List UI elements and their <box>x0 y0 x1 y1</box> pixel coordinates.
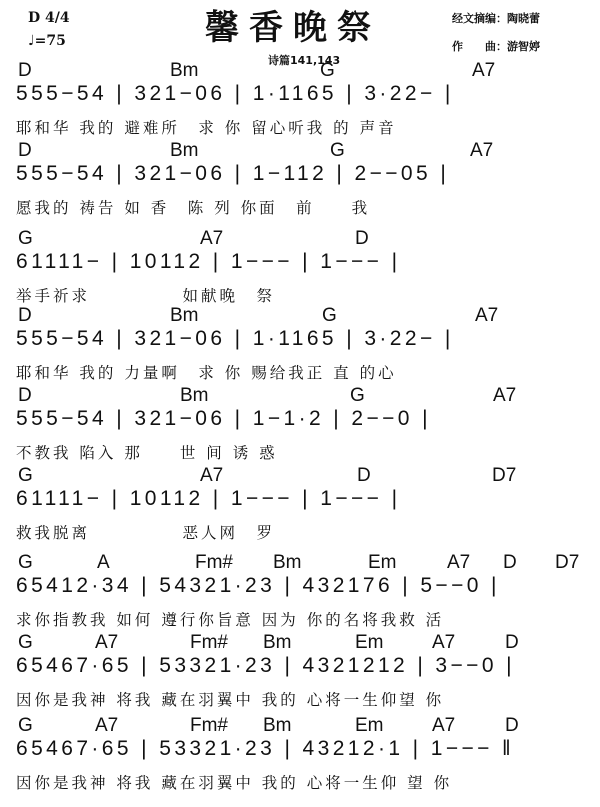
lyric-line: 不教我 陷入 那 世 间 诱 惑 <box>16 441 278 463</box>
chord-symbol: A7 <box>475 305 498 327</box>
notation-line: 65412·34 | 54321·23 | 432176 | 5−−0 | <box>16 574 500 598</box>
notation-line: 555−54 | 321−06 | 1·1165 | 3·22− | <box>16 82 454 106</box>
chord-symbol: D <box>18 140 32 162</box>
chord-symbol: Bm <box>180 385 209 407</box>
chord-symbol: Em <box>355 715 384 737</box>
chord-symbol: D <box>18 385 32 407</box>
chord-symbol: A <box>97 552 110 574</box>
score-row: DBmGA7555−54 | 321−06 | 1·1165 | 3·22− |… <box>0 305 600 385</box>
chord-symbol: A7 <box>447 552 470 574</box>
chord-symbol: A7 <box>200 465 223 487</box>
chord-symbol: D <box>505 715 519 737</box>
chord-symbol: A7 <box>472 60 495 82</box>
chord-symbol: Fm# <box>190 632 228 654</box>
chord-symbol: D <box>357 465 371 487</box>
lyric-line: 求你指教我 如何 遵行你旨意 因为 你的名将我救 活 <box>16 608 444 630</box>
chord-symbol: D7 <box>492 465 516 487</box>
chord-symbol: G <box>322 305 337 327</box>
score-row: GA7Fm#BmEmA7D65467·65 | 53321·23 | 43212… <box>0 632 600 712</box>
chord-symbol: Bm <box>263 632 292 654</box>
chord-symbol: A7 <box>200 228 223 250</box>
chord-symbol: A7 <box>470 140 493 162</box>
composer-credit: 作 曲：游智婷 <box>452 38 540 54</box>
score-row: DBmGA7555−54 | 321−06 | 1−112 | 2−−05 |愿… <box>0 140 600 220</box>
notation-line: 65467·65 | 53321·23 | 43212·1 | 1−−− ‖ <box>16 737 514 761</box>
chord-symbol: G <box>330 140 345 162</box>
chord-symbol: Bm <box>170 60 199 82</box>
chord-symbol: A7 <box>493 385 516 407</box>
chord-symbol: Fm# <box>195 552 233 574</box>
chord-symbol: A7 <box>432 632 455 654</box>
score-row: GA7Fm#BmEmA7D65467·65 | 53321·23 | 43212… <box>0 715 600 795</box>
notation-line: 61111− | 10112 | 1−−− | 1−−− | <box>16 250 400 274</box>
chord-symbol: Em <box>355 632 384 654</box>
notation-line: 555−54 | 321−06 | 1−1·2 | 2−−0 | <box>16 407 431 431</box>
lyric-line: 救我脱离 恶人网 罗 <box>16 521 275 543</box>
song-title: 馨香晚祭 <box>205 0 381 49</box>
chord-symbol: Fm# <box>190 715 228 737</box>
chord-symbol: D <box>18 305 32 327</box>
key-signature: D 4/4 <box>28 10 70 26</box>
chord-symbol: D <box>503 552 517 574</box>
chord-symbol: D <box>18 60 32 82</box>
lyric-line: 耶和华 我的 力量啊 求 你 赐给我正 直 的心 <box>16 361 397 383</box>
chord-symbol: G <box>350 385 365 407</box>
lyric-line: 因你是我神 将我 藏在羽翼中 我的 心将一生仰望 你 <box>16 688 444 710</box>
chord-symbol: G <box>18 228 33 250</box>
chord-symbol: G <box>18 552 33 574</box>
score-row: DBmGA7555−54 | 321−06 | 1·1165 | 3·22− |… <box>0 60 600 140</box>
chord-symbol: Bm <box>273 552 302 574</box>
chord-symbol: G <box>18 465 33 487</box>
tempo-marking: ♩=75 <box>28 33 66 49</box>
notation-line: 61111− | 10112 | 1−−− | 1−−− | <box>16 487 400 511</box>
chord-symbol: D <box>505 632 519 654</box>
chord-symbol: G <box>18 715 33 737</box>
chord-symbol: G <box>18 632 33 654</box>
chord-symbol: A7 <box>95 632 118 654</box>
lyric-line: 因你是我神 将我 藏在羽翼中 我的 心将一生仰 望 你 <box>16 771 452 793</box>
score-row: GA7DD761111− | 10112 | 1−−− | 1−−− |救我脱离… <box>0 465 600 545</box>
notation-line: 65467·65 | 53321·23 | 4321212 | 3−−0 | <box>16 654 515 678</box>
chord-symbol: G <box>320 60 335 82</box>
score-row: GA7D61111− | 10112 | 1−−− | 1−−− |举手祈求 如… <box>0 228 600 308</box>
chord-symbol: A7 <box>432 715 455 737</box>
lyric-line: 愿我的 祷告 如 香 陈 列 你面 前 我 <box>16 196 370 218</box>
chord-symbol: Bm <box>263 715 292 737</box>
notation-line: 555−54 | 321−06 | 1·1165 | 3·22− | <box>16 327 454 351</box>
chord-symbol: D <box>355 228 369 250</box>
score-row: GAFm#BmEmA7DD765412·34 | 54321·23 | 4321… <box>0 552 600 632</box>
chord-symbol: A7 <box>95 715 118 737</box>
notation-line: 555−54 | 321−06 | 1−112 | 2−−05 | <box>16 162 449 186</box>
chord-symbol: Em <box>368 552 397 574</box>
chord-symbol: D7 <box>555 552 579 574</box>
lyric-line: 举手祈求 如献晚 祭 <box>16 284 275 306</box>
lyric-line: 耶和华 我的 避难所 求 你 留心听我 的 声音 <box>16 116 397 138</box>
score-row: DBmGA7555−54 | 321−06 | 1−1·2 | 2−−0 |不教… <box>0 385 600 465</box>
chord-symbol: Bm <box>170 305 199 327</box>
chord-symbol: Bm <box>170 140 199 162</box>
lyrics-credit: 经文摘编：陶晓蕾 <box>452 10 540 26</box>
